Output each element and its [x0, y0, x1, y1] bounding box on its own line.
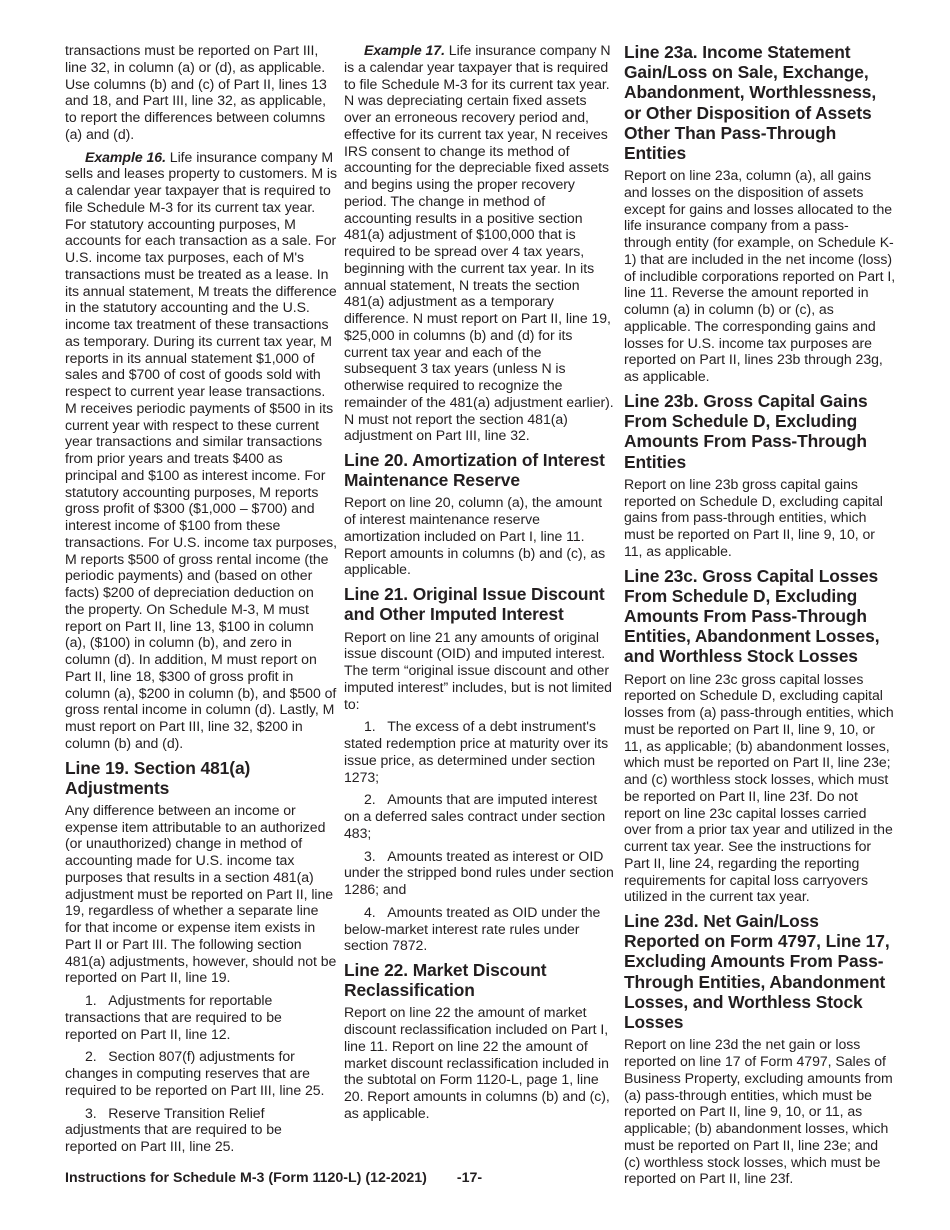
column-right: Line 23a. Income Statement Gain/Loss on …	[624, 42, 896, 1193]
example-17: Example 17. Life insurance company N is …	[344, 42, 616, 444]
list-item: 1. The excess of a debt instrument's sta…	[344, 718, 616, 785]
paragraph: Any difference between an income or expe…	[65, 802, 337, 986]
heading-line-20: Line 20. Amortization of Interest Mainte…	[344, 450, 616, 490]
column-middle: Example 17. Life insurance company N is …	[344, 42, 616, 1128]
paragraph: Report on line 22 the amount of market d…	[344, 1004, 616, 1121]
example-label: Example 16.	[85, 149, 166, 165]
page-number: -17-	[457, 1170, 482, 1186]
heading-line-22: Line 22. Market Discount Reclassificatio…	[344, 960, 616, 1000]
heading-line-23d: Line 23d. Net Gain/Loss Reported on Form…	[624, 911, 896, 1032]
page-footer: Instructions for Schedule M-3 (Form 1120…	[65, 1170, 482, 1186]
list-item: 3. Reserve Transition Relief adjustments…	[65, 1105, 337, 1155]
footer-title: Instructions for Schedule M-3 (Form 1120…	[65, 1170, 427, 1186]
heading-line-21: Line 21. Original Issue Discount and Oth…	[344, 584, 616, 624]
paragraph: Report on line 23c gross capital losses …	[624, 671, 896, 906]
paragraph: Report on line 23a, column (a), all gain…	[624, 167, 896, 385]
paragraph: Report on line 20, column (a), the amoun…	[344, 494, 616, 578]
example-16: Example 16. Life insurance company M sel…	[65, 149, 337, 752]
heading-line-23b: Line 23b. Gross Capital Gains From Sched…	[624, 391, 896, 472]
paragraph: Report on line 23b gross capital gains r…	[624, 476, 896, 560]
column-left: transactions must be reported on Part II…	[65, 42, 337, 1161]
list-item: 4. Amounts treated as OID under the belo…	[344, 904, 616, 954]
paragraph: Report on line 23d the net gain or loss …	[624, 1036, 896, 1187]
example-label: Example 17.	[364, 42, 445, 58]
heading-line-23c: Line 23c. Gross Capital Losses From Sche…	[624, 566, 896, 667]
list-item: 2. Section 807(f) adjustments for change…	[65, 1048, 337, 1098]
paragraph: Report on line 21 any amounts of origina…	[344, 629, 616, 713]
list-item: 2. Amounts that are imputed interest on …	[344, 791, 616, 841]
example-text: Life insurance company M sells and lease…	[65, 149, 337, 751]
paragraph: transactions must be reported on Part II…	[65, 42, 337, 143]
example-text: Life insurance company N is a calendar y…	[344, 42, 614, 443]
heading-line-19: Line 19. Section 481(a) Adjustments	[65, 758, 337, 798]
list-item: 3. Amounts treated as interest or OID un…	[344, 848, 616, 898]
list-item: 1. Adjustments for reportable transactio…	[65, 992, 337, 1042]
heading-line-23a: Line 23a. Income Statement Gain/Loss on …	[624, 42, 896, 163]
